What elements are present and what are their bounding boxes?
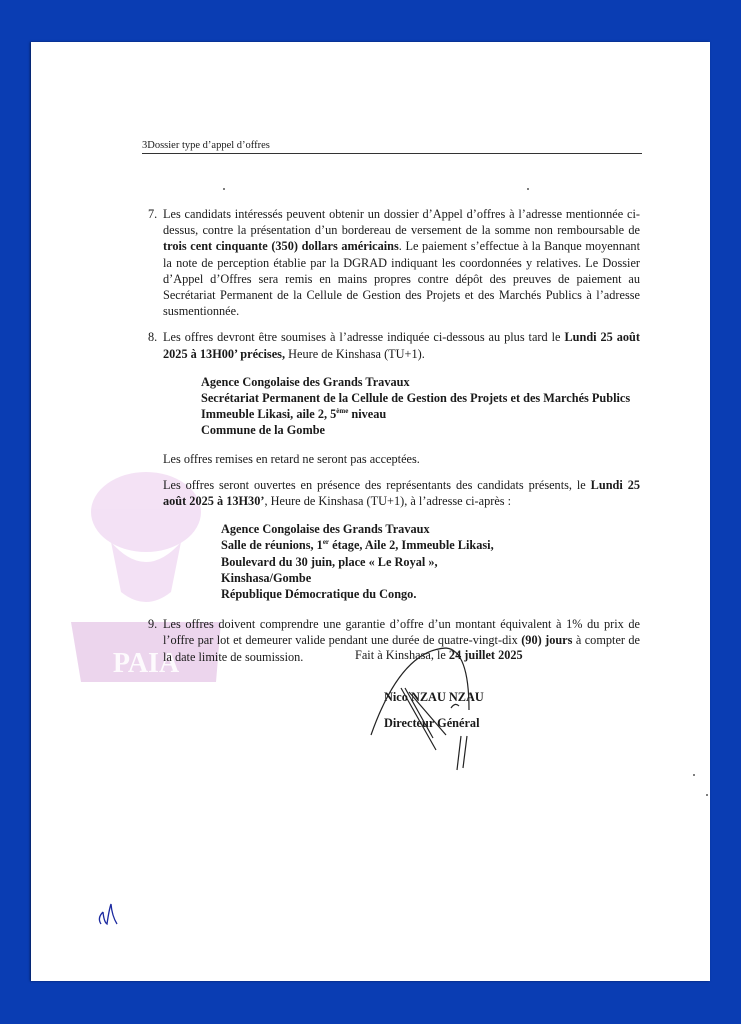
scan-speck (527, 188, 529, 190)
clause-7: 7. Les candidats intéressés peuvent obte… (148, 206, 640, 319)
scan-speck (223, 188, 225, 190)
place-text: Fait à Kinshasa, le (355, 648, 449, 662)
late-notice: Les offres remises en retard ne seront p… (163, 451, 640, 467)
address-text: niveau (348, 407, 386, 421)
address-text: étage, Aile 2, Immeuble Likasi, (329, 538, 494, 552)
clause-text: Les candidats intéressés peuvent obtenir… (163, 207, 640, 237)
clause-8: 8. Les offres devront être soumises à l’… (148, 329, 640, 602)
clause-number: 8. (148, 329, 157, 345)
address-line: Commune de la Gombe (201, 422, 640, 438)
address-line: Salle de réunions, 1er étage, Aile 2, Im… (221, 537, 640, 553)
clause-text: Les offres seront ouvertes en présence d… (163, 478, 591, 492)
signatory-name: Nico NZAU NZAU (384, 690, 484, 705)
superscript: ème (336, 407, 348, 415)
document-header: 3Dossier type d’appel d’offres (142, 140, 642, 154)
clause-number: 7. (148, 206, 157, 222)
validity-period: (90) jours (521, 633, 572, 647)
clause-number: 9. (148, 616, 157, 632)
scan-speck (706, 794, 708, 796)
address-line: Agence Congolaise des Grands Travaux (201, 374, 640, 390)
address-line: Kinshasa/Gombe (221, 570, 640, 586)
clause-amount: trois cent cinquante (350) dollars améri… (163, 239, 399, 253)
opening-address: Agence Congolaise des Grands Travaux Sal… (163, 521, 640, 602)
clause-text: , Heure de Kinshasa (TU+1), à l’adresse … (264, 494, 511, 508)
address-line: Secrétariat Permanent de la Cellule de G… (201, 390, 640, 406)
document-body: 7. Les candidats intéressés peuvent obte… (148, 206, 640, 675)
signature-date: 24 juillet 2025 (449, 648, 523, 662)
address-line: Boulevard du 30 juin, place « Le Royal »… (221, 554, 640, 570)
clause-text: Heure de Kinshasa (TU+1). (285, 347, 425, 361)
scan-speck (693, 774, 695, 776)
submission-address: Agence Congolaise des Grands Travaux Sec… (163, 374, 640, 439)
address-line: Agence Congolaise des Grands Travaux (221, 521, 640, 537)
address-text: Salle de réunions, 1 (221, 538, 323, 552)
initial-mark-icon (95, 900, 125, 930)
opening-paragraph: Les offres seront ouvertes en présence d… (163, 477, 640, 509)
address-line: République Démocratique du Congo. (221, 586, 640, 602)
document-page: PAIA 3Dossier type d’appel d’offres 7. L… (31, 42, 710, 981)
clause-text: Les offres devront être soumises à l’adr… (163, 330, 564, 344)
signatory-title: Directeur Général (384, 716, 480, 731)
address-text: Immeuble Likasi, aile 2, 5 (201, 407, 336, 421)
address-line: Immeuble Likasi, aile 2, 5ème niveau (201, 406, 640, 422)
place-date: Fait à Kinshasa, le 24 juillet 2025 (355, 648, 523, 663)
